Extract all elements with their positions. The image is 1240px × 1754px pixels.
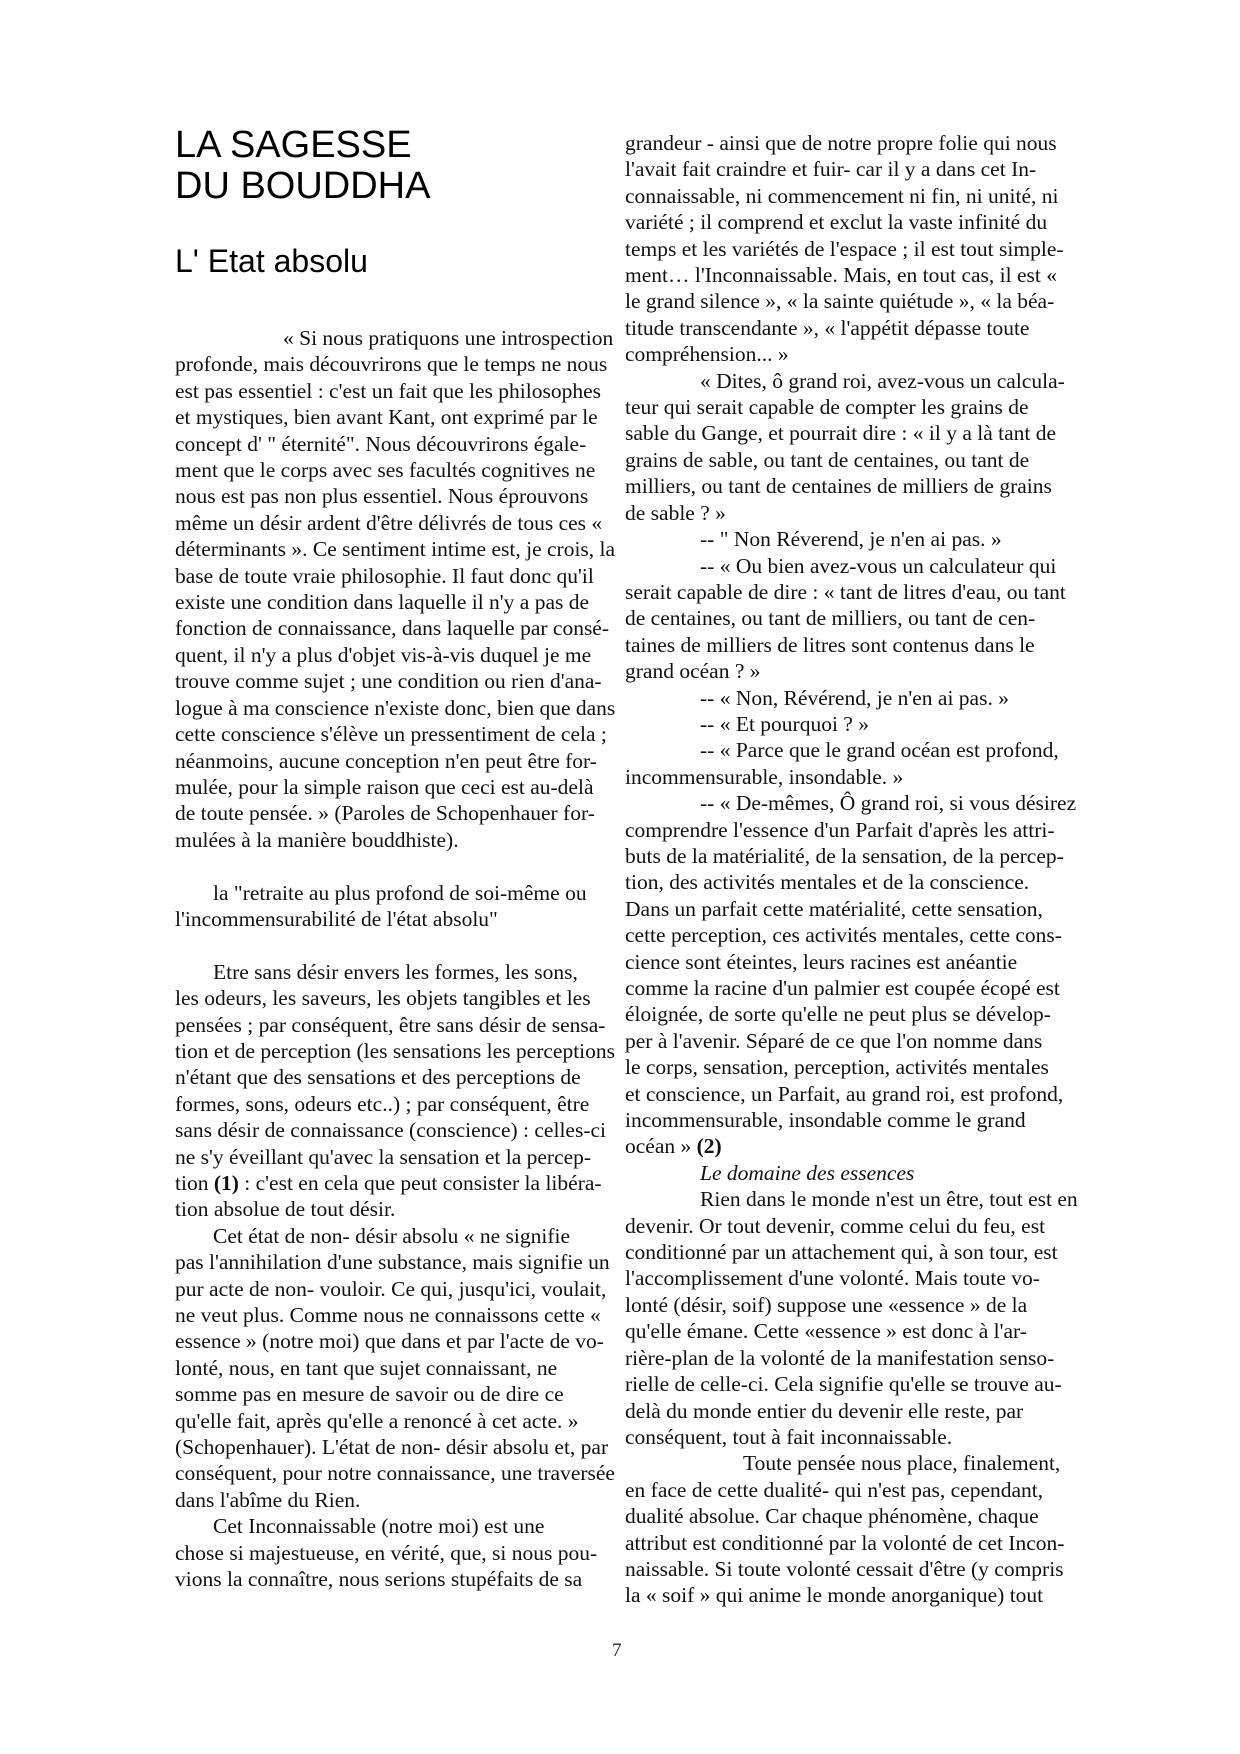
text-line: de toute pensée. » (Paroles de Schopenha…: [175, 800, 625, 826]
text-line: cette perception, ces activités mentales…: [625, 922, 1145, 948]
text-line: et mystiques, bien avant Kant, ont expri…: [175, 404, 625, 430]
text-line: ment… l'Inconnaissable. Mais, en tout ca…: [625, 262, 1145, 288]
text-line: incommensurable, insondable. »: [625, 764, 1145, 790]
text-line: grains de sable, ou tant de centaines, o…: [625, 447, 1145, 473]
page-title: LA SAGESSE DU BOUDDHA: [175, 125, 430, 207]
text-line: de sable ? »: [625, 500, 1145, 526]
text-line: dualité absolue. Car chaque phénomène, c…: [625, 1503, 1145, 1529]
section-subtitle: L' Etat absolu: [175, 243, 368, 279]
text-line: tion (1) : c'est en cela que peut consis…: [175, 1170, 625, 1196]
left-text-column: « Si nous pratiquons une introspection p…: [175, 325, 625, 1592]
text-line: mulée, pour la simple raison que ceci es…: [175, 774, 625, 800]
text-line: tion absolue de tout désir.: [175, 1196, 625, 1222]
text-line: formes, sons, odeurs etc..) ; par conséq…: [175, 1091, 625, 1117]
text-line: trouve comme sujet ; une condition ou ri…: [175, 668, 625, 694]
text-line: delà du monde entier du devenir elle res…: [625, 1398, 1145, 1424]
text-line: Cet état de non- désir absolu « ne signi…: [175, 1223, 625, 1249]
text-line: l'incommensurabilité de l'état absolu": [175, 906, 625, 932]
text-line: lonté, nous, en tant que sujet connaissa…: [175, 1355, 625, 1381]
text-line: connaissable, ni commencement ni fin, ni…: [625, 183, 1145, 209]
text-line: néanmoins, aucune conception n'en peut ê…: [175, 748, 625, 774]
text-line: rière-plan de la volonté de la manifesta…: [625, 1345, 1145, 1371]
text-line: les odeurs, les saveurs, les objets tang…: [175, 985, 625, 1011]
text-line: l'accomplissement d'une volonté. Mais to…: [625, 1265, 1145, 1291]
text-line: sable du Gange, et pourrait dire : « il …: [625, 420, 1145, 446]
text-line: conséquent, tout à fait inconnaissable.: [625, 1424, 1145, 1450]
text-line: Rien dans le monde n'est un être, tout e…: [625, 1186, 1145, 1212]
text-line: conséquent, pour notre connaissance, une…: [175, 1460, 625, 1486]
text-line: essence » (notre moi) que dans et par l'…: [175, 1328, 625, 1354]
text-line: lonté (désir, soif) suppose une «essence…: [625, 1292, 1145, 1318]
text-line: quent, il n'y a plus d'objet vis-à-vis d…: [175, 642, 625, 668]
text-line: teur qui serait capable de compter les g…: [625, 394, 1145, 420]
text-fragment: tion: [175, 1171, 208, 1195]
text-line: même un désir ardent d'être délivrés de …: [175, 510, 625, 536]
text-line: tion et de perception (les sensations le…: [175, 1038, 625, 1064]
text-line: et conscience, un Parfait, au grand roi,…: [625, 1081, 1145, 1107]
text-fragment: : c'est en cela que peut consister la li…: [239, 1171, 602, 1195]
text-line: est pas essentiel : c'est un fait que le…: [175, 378, 625, 404]
text-line: -- « Parce que le grand océan est profon…: [625, 737, 1145, 763]
text-line: compréhension... »: [625, 341, 1145, 367]
text-line: cience sont éteintes, leurs racines est …: [625, 949, 1145, 975]
text-line: -- « Ou bien avez-vous un calculateur qu…: [625, 553, 1145, 579]
text-line: titude transcendante », « l'appétit dépa…: [625, 315, 1145, 341]
text-line: fonction de connaissance, dans laquelle …: [175, 615, 625, 641]
section-heading-essences: Le domaine des essences: [625, 1160, 1145, 1186]
text-line: per à l'avenir. Séparé de ce que l'on no…: [625, 1028, 1145, 1054]
text-line: -- « Non, Révérend, je n'en ai pas. »: [625, 685, 1145, 711]
text-line: conditionné par un attachement qui, à so…: [625, 1239, 1145, 1265]
text-line: océan » (2): [625, 1133, 1145, 1159]
text-fragment: océan »: [625, 1134, 691, 1158]
text-line: « Si nous pratiquons une introspection: [175, 325, 625, 351]
text-line: nous est pas non plus essentiel. Nous ép…: [175, 483, 625, 509]
text-line: vions la connaître, nous serions stupéfa…: [175, 1566, 625, 1592]
text-line: le grand silence », « la sainte quiétude…: [625, 288, 1145, 314]
text-line: attribut est conditionné par la volonté …: [625, 1530, 1145, 1556]
text-line: n'étant que des sensations et des percep…: [175, 1064, 625, 1090]
text-line: dans l'abîme du Rien.: [175, 1487, 625, 1513]
footnote-ref-1[interactable]: (1): [214, 1171, 239, 1195]
text-line: devenir. Or tout devenir, comme celui du…: [625, 1213, 1145, 1239]
text-line: éloignée, de sorte qu'elle ne peut plus …: [625, 1001, 1145, 1027]
title-line-2: DU BOUDDHA: [175, 165, 430, 207]
text-line: base de toute vraie philosophie. Il faut…: [175, 563, 625, 589]
text-line: grand océan ? »: [625, 658, 1145, 684]
text-line: existe une condition dans laquelle il n'…: [175, 589, 625, 615]
page-number: 7: [612, 1640, 622, 1662]
text-line: cette conscience s'élève un pressentimen…: [175, 721, 625, 747]
text-line: ne veut plus. Comme nous ne connaissons …: [175, 1302, 625, 1328]
text-line: naissable. Si toute volonté cessait d'êt…: [625, 1556, 1145, 1582]
text-line: serait capable de dire : « tant de litre…: [625, 579, 1145, 605]
text-line: pas l'annihilation d'une substance, mais…: [175, 1249, 625, 1275]
text-line: pensées ; par conséquent, être sans dési…: [175, 1012, 625, 1038]
text-line: -- « Et pourquoi ? »: [625, 711, 1145, 737]
title-line-1: LA SAGESSE: [175, 124, 412, 166]
right-text-column: grandeur - ainsi que de notre propre fol…: [625, 130, 1145, 1609]
text-line: la "retraite au plus profond de soi-même…: [175, 880, 625, 906]
text-line: Dans un parfait cette matérialité, cette…: [625, 896, 1145, 922]
text-line: comprendre l'essence d'un Parfait d'aprè…: [625, 817, 1145, 843]
text-line: Cet Inconnaissable (notre moi) est une: [175, 1513, 625, 1539]
text-line: (Schopenhauer). L'état de non- désir abs…: [175, 1434, 625, 1460]
text-line: somme pas en mesure de savoir ou de dire…: [175, 1381, 625, 1407]
text-line: qu'elle émane. Cette «essence » est donc…: [625, 1318, 1145, 1344]
text-line: profonde, mais découvrirons que le temps…: [175, 351, 625, 377]
text-line: rielle de celle-ci. Cela signifie qu'ell…: [625, 1371, 1145, 1397]
text-line: de centaines, ou tant de milliers, ou ta…: [625, 605, 1145, 631]
text-line: Toute pensée nous place, finalement,: [625, 1450, 1145, 1476]
paragraph-gap: [175, 853, 625, 879]
text-line: la « soif » qui anime le monde anorganiq…: [625, 1582, 1145, 1608]
text-line: taines de milliers de litres sont conten…: [625, 632, 1145, 658]
text-line: le corps, sensation, perception, activit…: [625, 1054, 1145, 1080]
text-line: chose si majestueuse, en vérité, que, si…: [175, 1540, 625, 1566]
text-line: milliers, ou tant de centaines de millie…: [625, 473, 1145, 499]
text-line: -- " Non Réverend, je n'en ai pas. »: [625, 526, 1145, 552]
text-line: Etre sans désir envers les formes, les s…: [175, 959, 625, 985]
text-line: variété ; il comprend et exclut la vaste…: [625, 209, 1145, 235]
text-line: temps et les variétés de l'espace ; il e…: [625, 236, 1145, 262]
text-line: déterminants ». Ce sentiment intime est,…: [175, 536, 625, 562]
text-line: qu'elle fait, après qu'elle a renoncé à …: [175, 1408, 625, 1434]
text-line: tion, des activités mentales et de la co…: [625, 869, 1145, 895]
text-line: incommensurable, insondable comme le gra…: [625, 1107, 1145, 1133]
footnote-ref-2[interactable]: (2): [697, 1134, 722, 1158]
text-line: buts de la matérialité, de la sensation,…: [625, 843, 1145, 869]
text-line: logue à ma conscience n'existe donc, bie…: [175, 695, 625, 721]
text-line: sans désir de connaissance (conscience) …: [175, 1117, 625, 1143]
text-line: mulées à la manière bouddhiste).: [175, 827, 625, 853]
text-line: grandeur - ainsi que de notre propre fol…: [625, 130, 1145, 156]
text-line: pur acte de non- vouloir. Ce qui, jusqu'…: [175, 1276, 625, 1302]
text-line: ne s'y éveillant qu'avec la sensation et…: [175, 1144, 625, 1170]
text-line: en face de cette dualité- qui n'est pas,…: [625, 1477, 1145, 1503]
text-line: l'avait fait craindre et fuir- car il y …: [625, 156, 1145, 182]
text-line: « Dites, ô grand roi, avez-vous un calcu…: [625, 368, 1145, 394]
text-line: comme la racine d'un palmier est coupée …: [625, 975, 1145, 1001]
text-line: -- « De-mêmes, Ô grand roi, si vous dési…: [625, 790, 1145, 816]
text-line: ment que le corps avec ses facultés cogn…: [175, 457, 625, 483]
text-line: concept d' " éternité". Nous découvriron…: [175, 431, 625, 457]
paragraph-gap: [175, 932, 625, 958]
